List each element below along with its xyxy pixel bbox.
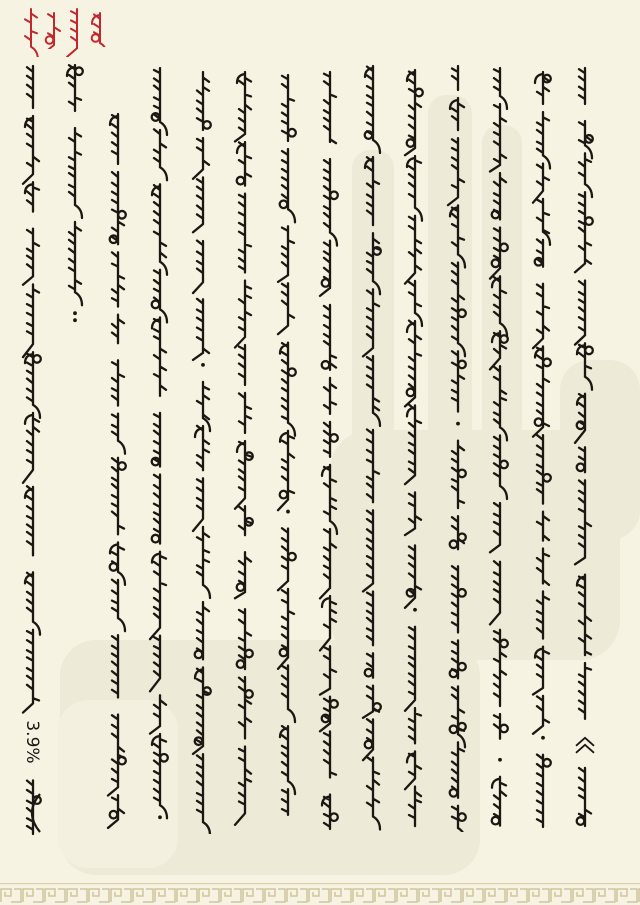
script-column-13 <box>524 70 558 835</box>
script-column-6 <box>226 70 260 838</box>
script-column-10 <box>396 68 430 837</box>
text-block: 3.9% <box>0 0 640 905</box>
script-column-4 <box>141 66 175 840</box>
punctuation-dot <box>286 510 290 514</box>
punctuation-dot <box>413 608 417 612</box>
script-column-7 <box>269 73 303 838</box>
punctuation-dot <box>73 318 77 322</box>
punctuation-dot <box>541 736 545 740</box>
meander-border <box>0 883 640 905</box>
punctuation-dot <box>73 311 77 315</box>
punctuation-dot <box>201 363 205 367</box>
open-quote-mark <box>576 738 594 753</box>
script-column-14 <box>566 66 600 834</box>
script-column-2 <box>56 63 90 334</box>
script-column-8 <box>311 70 345 837</box>
script-column-1: 3.9% <box>14 64 48 842</box>
article-page: { "page": { "width": 640, "height": 905,… <box>0 0 640 905</box>
script-column-9 <box>354 64 388 837</box>
script-column-12 <box>481 66 515 835</box>
punctuation-dot <box>158 815 162 819</box>
punctuation-dot <box>498 758 502 762</box>
script-column-3 <box>99 112 133 840</box>
script-column-5 <box>184 70 218 838</box>
percent-value: 3.9% <box>22 720 42 763</box>
script-column-11 <box>439 64 473 836</box>
punctuation-dot <box>456 422 460 426</box>
